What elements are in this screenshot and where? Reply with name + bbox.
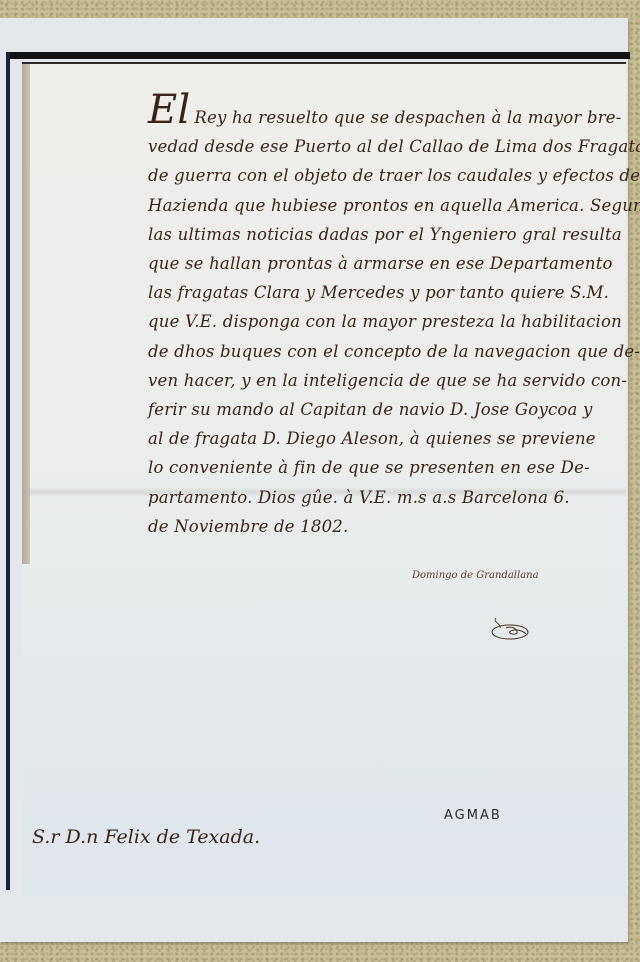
letter-line: las ultimas noticias dadas por el Yngeni… bbox=[148, 220, 618, 249]
frame-border-top bbox=[6, 52, 630, 59]
signature-name: Domingo de Grandallana bbox=[412, 570, 539, 581]
archive-stamp: AGMAB bbox=[444, 808, 502, 823]
letter-line: ven hacer, y en la inteligencia de que s… bbox=[148, 366, 618, 395]
letter-line: ferir su mando al Capitan de navio D. Jo… bbox=[148, 395, 618, 424]
letter-body: ElRey ha resuelto que se despachen à la … bbox=[148, 100, 618, 541]
letter-line: Hazienda que hubiese prontos en aquella … bbox=[148, 191, 618, 220]
letter-line: lo conveniente à fin de que se presenten… bbox=[148, 453, 618, 482]
signature-rubric-icon bbox=[488, 616, 538, 642]
letter-line: de Noviembre de 1802. bbox=[148, 512, 618, 541]
frame-border-left bbox=[6, 52, 10, 890]
letter-line: las fragatas Clara y Mercedes y por tant… bbox=[148, 278, 618, 307]
letter-line: que se hallan prontas à armarse en ese D… bbox=[148, 249, 618, 278]
letter-line: al de fragata D. Diego Aleson, à quienes… bbox=[148, 424, 618, 453]
letter-line: vedad desde ese Puerto al del Callao de … bbox=[148, 132, 618, 161]
letter-line: partamento. Dios gûe. à V.E. m.s a.s Bar… bbox=[148, 483, 618, 512]
addressee-line: S.r D.n Felix de Texada. bbox=[32, 826, 260, 848]
decorated-initial: El bbox=[148, 87, 190, 133]
letter-line: ElRey ha resuelto que se despachen à la … bbox=[148, 100, 618, 132]
letter-line: de dhos buques con el concepto de la nav… bbox=[148, 337, 618, 366]
letter-line: que V.E. disponga con la mayor presteza … bbox=[148, 307, 618, 336]
letter-line: de guerra con el objeto de traer los cau… bbox=[148, 161, 618, 190]
